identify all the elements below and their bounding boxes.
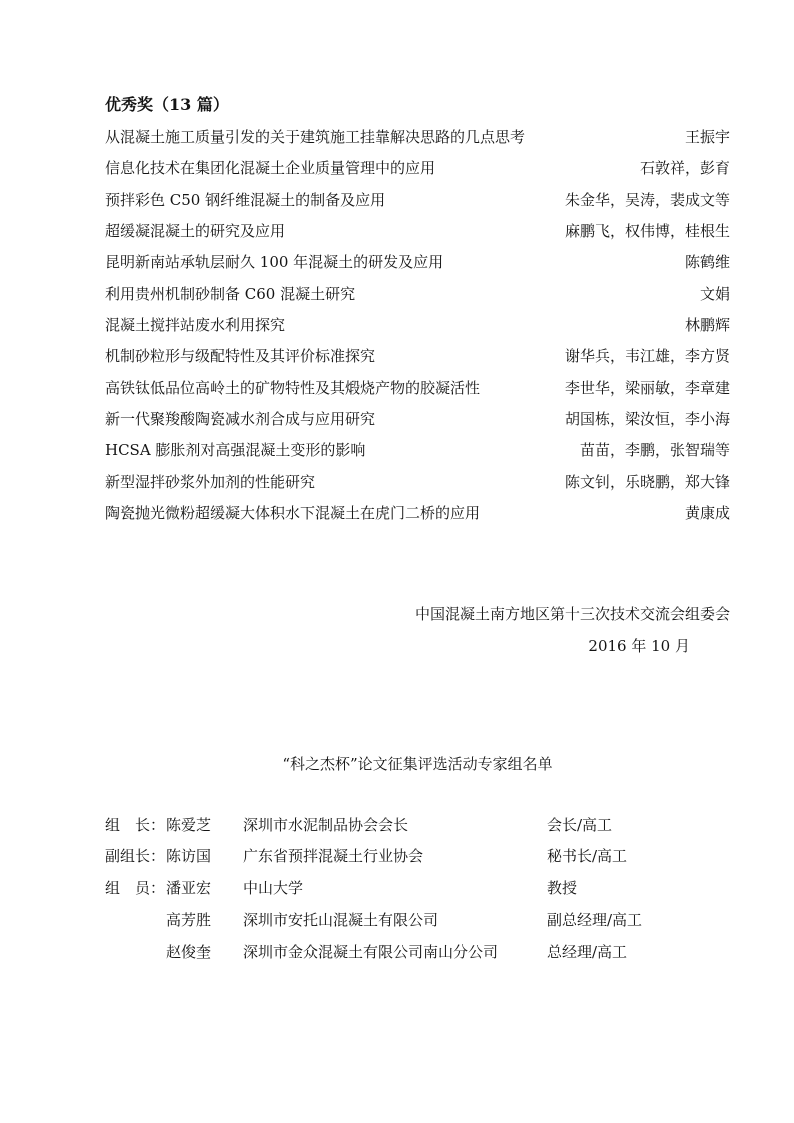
award-title: 超缓凝混凝土的研究及应用 — [105, 216, 285, 247]
panel-member-row: 高芳胜 深圳市安托山混凝土有限公司 副总经理/高工 — [105, 905, 730, 937]
document-page: 优秀奖（13 篇） 从混凝土施工质量引发的关于建筑施工挂靠解决思路的几点思考 王… — [0, 0, 794, 1123]
award-authors: 黄康成 — [685, 498, 730, 529]
panel-member-row: 组 员： 潘亚宏 中山大学 教授 — [105, 873, 730, 905]
award-row: 混凝土搅拌站废水利用探究 林鹏辉 — [105, 310, 730, 341]
member-name: 陈爱芝 — [166, 810, 243, 842]
member-title: 教授 — [547, 873, 730, 905]
member-title: 副总经理/高工 — [547, 905, 730, 937]
award-title: 利用贵州机制砂制备 C60 混凝土研究 — [105, 279, 355, 310]
award-title: 新一代聚羧酸陶瓷减水剂合成与应用研究 — [105, 404, 375, 435]
expert-panel-list: 组 长： 陈爱芝 深圳市水泥制品协会会长 会长/高工 副组长： 陈访国 广东省预… — [105, 810, 730, 969]
award-authors: 陈鹤维 — [685, 247, 730, 278]
award-row: 昆明新南站承轨层耐久 100 年混凝土的研发及应用 陈鹤维 — [105, 247, 730, 278]
member-organization: 深圳市安托山混凝土有限公司 — [243, 905, 547, 937]
member-organization: 广东省预拌混凝土行业协会 — [243, 841, 547, 873]
award-authors: 李世华，梁丽敏，李章建 — [565, 373, 730, 404]
award-row: 机制砂粒形与级配特性及其评价标准探究 谢华兵，韦江雄，李方贤 — [105, 341, 730, 372]
award-title: 信息化技术在集团化混凝土企业质量管理中的应用 — [105, 153, 435, 184]
award-row: 利用贵州机制砂制备 C60 混凝土研究 文娟 — [105, 279, 730, 310]
award-title: HCSA 膨胀剂对高强混凝土变形的影响 — [105, 435, 365, 466]
member-role: 组 长： — [105, 810, 166, 842]
award-authors: 王振宇 — [685, 122, 730, 153]
award-row: 超缓凝混凝土的研究及应用 麻鹏飞，权伟博，桂根生 — [105, 216, 730, 247]
award-row: 陶瓷抛光微粉超缓凝大体积水下混凝土在虎门二桥的应用 黄康成 — [105, 498, 730, 529]
award-authors: 石敦祥，彭育 — [640, 153, 730, 184]
expert-panel-heading: “科之杰杯”论文征集评选活动专家组名单 — [105, 749, 730, 780]
member-organization: 中山大学 — [243, 873, 547, 905]
award-list: 从混凝土施工质量引发的关于建筑施工挂靠解决思路的几点思考 王振宇 信息化技术在集… — [105, 122, 730, 529]
award-authors: 麻鹏飞，权伟博，桂根生 — [565, 216, 730, 247]
member-title: 秘书长/高工 — [547, 841, 730, 873]
member-name: 高芳胜 — [166, 905, 243, 937]
organizing-committee-signature: 中国混凝土南方地区第十三次技术交流会组委会 — [105, 599, 730, 630]
award-row: 从混凝土施工质量引发的关于建筑施工挂靠解决思路的几点思考 王振宇 — [105, 122, 730, 153]
member-title: 总经理/高工 — [547, 937, 730, 969]
award-authors: 胡国栋，梁汝恒，李小海 — [565, 404, 730, 435]
member-organization: 深圳市水泥制品协会会长 — [243, 810, 547, 842]
award-title: 昆明新南站承轨层耐久 100 年混凝土的研发及应用 — [105, 247, 443, 278]
award-authors: 文娟 — [700, 279, 730, 310]
award-row: 信息化技术在集团化混凝土企业质量管理中的应用 石敦祥，彭育 — [105, 153, 730, 184]
excellence-award-heading: 优秀奖（13 篇） — [105, 96, 730, 114]
member-name: 潘亚宏 — [166, 873, 243, 905]
award-row: 高铁钛低品位高岭土的矿物特性及其煅烧产物的胶凝活性 李世华，梁丽敏，李章建 — [105, 373, 730, 404]
award-row: HCSA 膨胀剂对高强混凝土变形的影响 苗苗，李鹏，张智瑞等 — [105, 435, 730, 466]
award-row: 新型湿拌砂浆外加剂的性能研究 陈文钊，乐晓鹏，郑大锋 — [105, 467, 730, 498]
member-role: 副组长： — [105, 841, 166, 873]
award-title: 机制砂粒形与级配特性及其评价标准探究 — [105, 341, 375, 372]
member-organization: 深圳市金众混凝土有限公司南山分公司 — [243, 937, 547, 969]
panel-member-row: 赵俊奎 深圳市金众混凝土有限公司南山分公司 总经理/高工 — [105, 937, 730, 969]
member-title: 会长/高工 — [547, 810, 730, 842]
award-title: 新型湿拌砂浆外加剂的性能研究 — [105, 467, 315, 498]
award-title: 从混凝土施工质量引发的关于建筑施工挂靠解决思路的几点思考 — [105, 122, 525, 153]
award-authors: 苗苗，李鹏，张智瑞等 — [580, 435, 730, 466]
panel-member-row: 组 长： 陈爱芝 深圳市水泥制品协会会长 会长/高工 — [105, 810, 730, 842]
member-name: 赵俊奎 — [166, 937, 243, 969]
award-row: 预拌彩色 C50 钢纤维混凝土的制备及应用 朱金华，吴涛，裴成文等 — [105, 185, 730, 216]
award-authors: 林鹏辉 — [685, 310, 730, 341]
member-name: 陈访国 — [166, 841, 243, 873]
member-role: 组 员： — [105, 873, 166, 905]
award-authors: 谢华兵，韦江雄，李方贤 — [565, 341, 730, 372]
award-authors: 陈文钊，乐晓鹏，郑大锋 — [565, 467, 730, 498]
award-title: 混凝土搅拌站废水利用探究 — [105, 310, 285, 341]
signature-date: 2016 年 10 月 — [105, 631, 730, 662]
award-authors: 朱金华，吴涛，裴成文等 — [565, 185, 730, 216]
document-content: 优秀奖（13 篇） 从混凝土施工质量引发的关于建筑施工挂靠解决思路的几点思考 王… — [105, 0, 730, 1123]
award-title: 预拌彩色 C50 钢纤维混凝土的制备及应用 — [105, 185, 385, 216]
award-title: 陶瓷抛光微粉超缓凝大体积水下混凝土在虎门二桥的应用 — [105, 498, 480, 529]
member-role — [105, 937, 166, 969]
panel-member-row: 副组长： 陈访国 广东省预拌混凝土行业协会 秘书长/高工 — [105, 841, 730, 873]
award-title: 高铁钛低品位高岭土的矿物特性及其煅烧产物的胶凝活性 — [105, 373, 480, 404]
award-row: 新一代聚羧酸陶瓷减水剂合成与应用研究 胡国栋，梁汝恒，李小海 — [105, 404, 730, 435]
member-role — [105, 905, 166, 937]
